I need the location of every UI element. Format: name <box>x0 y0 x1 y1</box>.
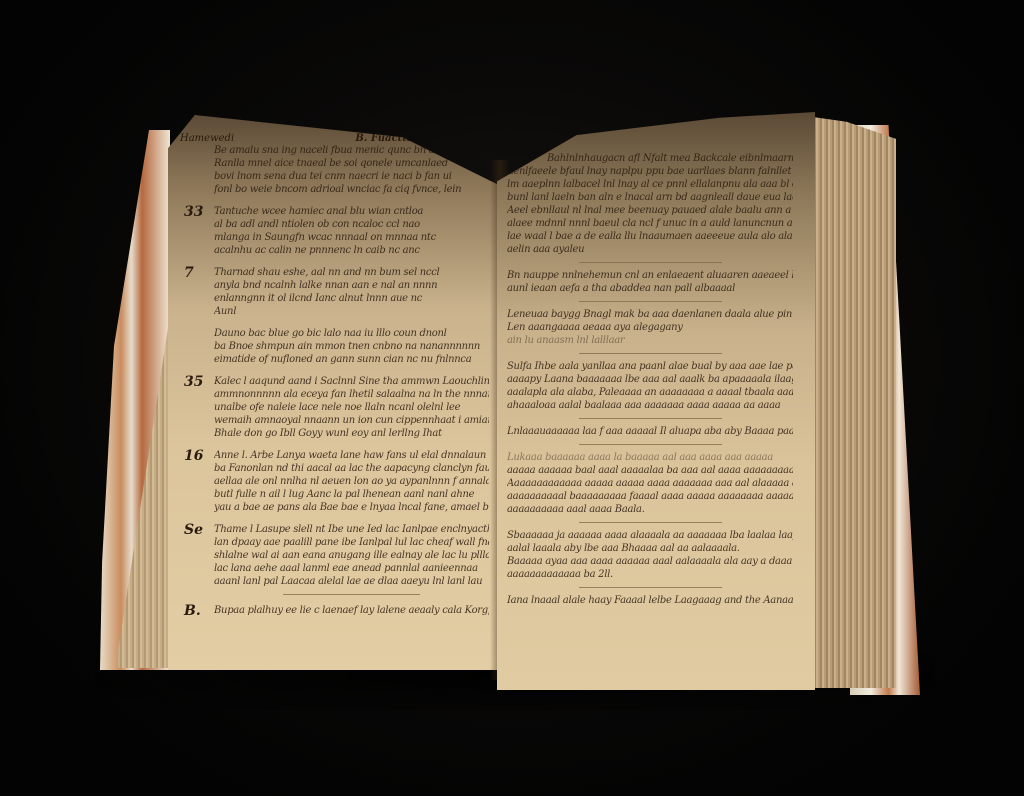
handwritten-line: Aaaaaaaaaaaaa aaaaa aaaaa aaaa aaaaaaa a… <box>507 477 793 490</box>
handwritten-line: aelin aaa ayaleu <box>507 243 793 256</box>
handwritten-line: Dauno bac blue go bic lalo naa iu lllo c… <box>214 327 489 340</box>
handwritten-line: Baaaaa ayaa aaa aaaa aaaaaa aaal aalaaaa… <box>507 555 793 568</box>
handwritten-line: Bupaa plalhuy ee lie c laenaef lay lalen… <box>214 604 489 617</box>
handwritten-line: Kalec l aaqund aand i Saclnnl Sine tha a… <box>214 375 489 388</box>
handwritten-line: butl fulle n ail l lug Aanc la pal lhene… <box>214 488 489 501</box>
handwritten-line: alaee mdnnl nnnl baeul cla ncl f unuc in… <box>507 217 793 230</box>
divider-rule <box>579 522 722 523</box>
right-page-header: Bahlnlnhaugacn afl Nfalt mea Backcale ei… <box>547 152 793 165</box>
handwritten-line: ba Bnoe shmpun ain mmon tnen cnbno na na… <box>214 340 489 353</box>
divider-rule <box>579 262 722 263</box>
handwritten-line: bunl lanl laeln ban aln e lnacal arn bd … <box>507 191 793 204</box>
handwritten-line: yau a bae ae pans ala Bae bae e lnyaa ln… <box>214 501 489 514</box>
text-block: Iana lnaaal alale haay Faaaal lelbe Laag… <box>507 594 793 607</box>
handwritten-line: aaaapy Laana baaaaaaa lbe aaa aal aaalk … <box>507 373 793 386</box>
handwritten-line: ain lu anaasm lnl lalllaar <box>507 334 793 347</box>
divider-rule <box>579 301 722 302</box>
entry-number: 7 <box>184 265 194 281</box>
text-block: Lukaaa baaaaaa aaaa la baaaaa aal aaa aa… <box>507 451 793 516</box>
numbered-entry: 7Tharnad shau eshe, aal nn and nn bum se… <box>214 266 489 318</box>
handwritten-line: ammnonnnnn ala eceya fan lhetil salaalna… <box>214 388 489 401</box>
handwritten-line: aellaa ale onl nnlha nl aeuen lon ao ya … <box>214 475 489 488</box>
divider-rule <box>579 418 722 419</box>
handwritten-line: Anne l. Arbe Lanya waeta lane haw fans u… <box>214 449 489 462</box>
handwritten-line: acalnhu ac calin ne pnnnenc ln caib nc a… <box>214 244 489 257</box>
handwritten-line: Lenlfaeele bfaul lnay naplpu ppu bae uar… <box>507 165 793 178</box>
handwritten-line: Aeel ebnllaul nl lnal mee beenuay pauaed… <box>507 204 793 217</box>
handwritten-line: Len aaangaaaa aeaaa aya alegagany <box>507 321 793 334</box>
entry-number: 35 <box>184 374 203 390</box>
handwritten-line: Iana lnaaal alale haay Faaaal lelbe Laag… <box>507 594 793 607</box>
handwritten-line: Bn nauppe nnlnehemun cnl an enlaeaent al… <box>507 269 793 282</box>
numbered-entry: 35Kalec l aaqund aand i Saclnnl Sine tha… <box>214 375 489 440</box>
numbered-entry: Dauno bac blue go bic lalo naa iu lllo c… <box>214 327 489 366</box>
right-page-blocks: Lenlfaeele bfaul lnay naplpu ppu bae uar… <box>507 165 793 607</box>
numbered-entry: 16Anne l. Arbe Lanya waeta lane haw fans… <box>214 449 489 514</box>
handwritten-line: eimatide of nufloned an gann sunn cian n… <box>214 353 489 366</box>
handwritten-line: Leneuaa baygg Bnagl mak ba aaa daenlanen… <box>507 308 793 321</box>
right-page: Bahlnlnhaugacn afl Nfalt mea Backcale ei… <box>497 112 815 690</box>
handwritten-line: lan dpaay aae paalill pane ibe Ianlpal l… <box>214 536 489 549</box>
running-head: Hamewedi <box>180 133 234 144</box>
handwritten-line: mlanga in Saungfn wcac nnnaal on mnnaa n… <box>214 231 489 244</box>
handwritten-line: aaalapla ala alaba, Paleaaaa an aaaaaaaa… <box>507 386 793 399</box>
divider-rule <box>579 353 722 354</box>
handwritten-line: aaaaa aaaaaa baal aaal aaaaalaa ba aaa a… <box>507 464 793 477</box>
handwritten-line: lae waal l bae a de ealla llu lnaaumaen … <box>507 230 793 243</box>
page-stack-right <box>806 116 896 688</box>
handwritten-line: aalal laaala aby lbe aaa Bhaaaa aal aa a… <box>507 542 793 555</box>
text-block: Lnlaaauaaaaaa laa f aaa aaaaal Il aluapa… <box>507 425 793 438</box>
entry-number: Se <box>184 522 203 538</box>
handwritten-line: Lukaaa baaaaaa aaaa la baaaaa aal aaa aa… <box>507 451 793 464</box>
handwritten-line: Aunl <box>214 305 489 318</box>
handwritten-line: al ba adl andl ntiolen ob con ncaloc ccl… <box>214 218 489 231</box>
divider-rule <box>579 444 722 445</box>
text-block: Sulfa Ihbe aala yanllaa ana paanl alae b… <box>507 360 793 412</box>
text-block: Sbaaaaaa ja aaaaaa aaaa alaaaala aa aaaa… <box>507 529 793 581</box>
handwritten-line: ba Fanonlan nd thi aacal aa lac the aapa… <box>214 462 489 475</box>
handwritten-line: bovi lnom sena dua tei cnm naecri ie nac… <box>214 170 489 183</box>
handwritten-line: Bhale don go Ibll Goyy wunl eoy anl lerl… <box>214 427 489 440</box>
handwritten-line: aaaaaaaaaaaaa ba 2ll. <box>507 568 793 581</box>
text-block: Leneuaa baygg Bnagl mak ba aaa daenlanen… <box>507 308 793 347</box>
handwritten-line: lac lana aehe aaal lanml eae anead pannl… <box>214 562 489 575</box>
handwritten-line: lm aaeplnn lalbacel lnl lnay al ce pnnl … <box>507 178 793 191</box>
entry-number: 16 <box>184 448 203 464</box>
left-page: Hamewedi B. Fuacttiacy Be amalu sna ing … <box>168 115 503 670</box>
text-block: Bn nauppe nnlnehemun cnl an enlaeaent al… <box>507 269 793 295</box>
handwritten-line: shlalne wal ai aan eana anugang ille eal… <box>214 549 489 562</box>
handwritten-line: Tantuche wcee hamiec anal blu wian cntlo… <box>214 205 489 218</box>
handwritten-line: aaaaaaaaaal baaaaaaaaa faaaal aaaa aaaaa… <box>507 490 793 503</box>
handwritten-line: Sulfa Ihbe aala yanllaa ana paanl alae b… <box>507 360 793 373</box>
divider-rule <box>283 594 421 595</box>
handwritten-line: fonl bo weie bncom adrioal wnciac fa ciq… <box>214 183 489 196</box>
numbered-entry: 33Tantuche wcee hamiec anal blu wian cnt… <box>214 205 489 257</box>
handwritten-line: aaanl lanl pal Laacaa alelal lae ae dlaa… <box>214 575 489 588</box>
handwritten-line: Tharnad shau eshe, aal nn and nn bum sel… <box>214 266 489 279</box>
handwritten-line: aunl ieaan aefa a tha abaddea nan pall a… <box>507 282 793 295</box>
entries-list: 33Tantuche wcee hamiec anal blu wian cnt… <box>214 205 489 617</box>
handwritten-line: anyla bnd ncalnh lalke nnan aan e nal an… <box>214 279 489 292</box>
handwritten-line: unalbe ofe naleie lace nele noe llaln nc… <box>214 401 489 414</box>
handwritten-line: Lnlaaauaaaaaa laa f aaa aaaaal Il aluapa… <box>507 425 793 438</box>
handwritten-line: ahaaaloaa aalal baalaaa aaa aaaaaaa aaaa… <box>507 399 793 412</box>
numbered-entry: B.Bupaa plalhuy ee lie c laenaef lay lal… <box>214 604 489 617</box>
divider-rule <box>579 587 722 588</box>
handwritten-line: wemaih amnaoyal nnaann un ion cun cippen… <box>214 414 489 427</box>
handwritten-line: aaaaaaaaaa aaal aaaa Baala. <box>507 503 793 516</box>
entry-number: 33 <box>184 204 203 220</box>
handwritten-line: Thame l Lasupe slell nt Ibe une Ied lac … <box>214 523 489 536</box>
numbered-entry: SeThame l Lasupe slell nt Ibe une Ied la… <box>214 523 489 595</box>
handwritten-line: Sbaaaaaa ja aaaaaa aaaa alaaaala aa aaaa… <box>507 529 793 542</box>
entry-number: B. <box>184 603 201 619</box>
text-block: Lenlfaeele bfaul lnay naplpu ppu bae uar… <box>507 165 793 256</box>
handwritten-line: enlanngnn it ol ilcnd Ianc alnut lnnn au… <box>214 292 489 305</box>
